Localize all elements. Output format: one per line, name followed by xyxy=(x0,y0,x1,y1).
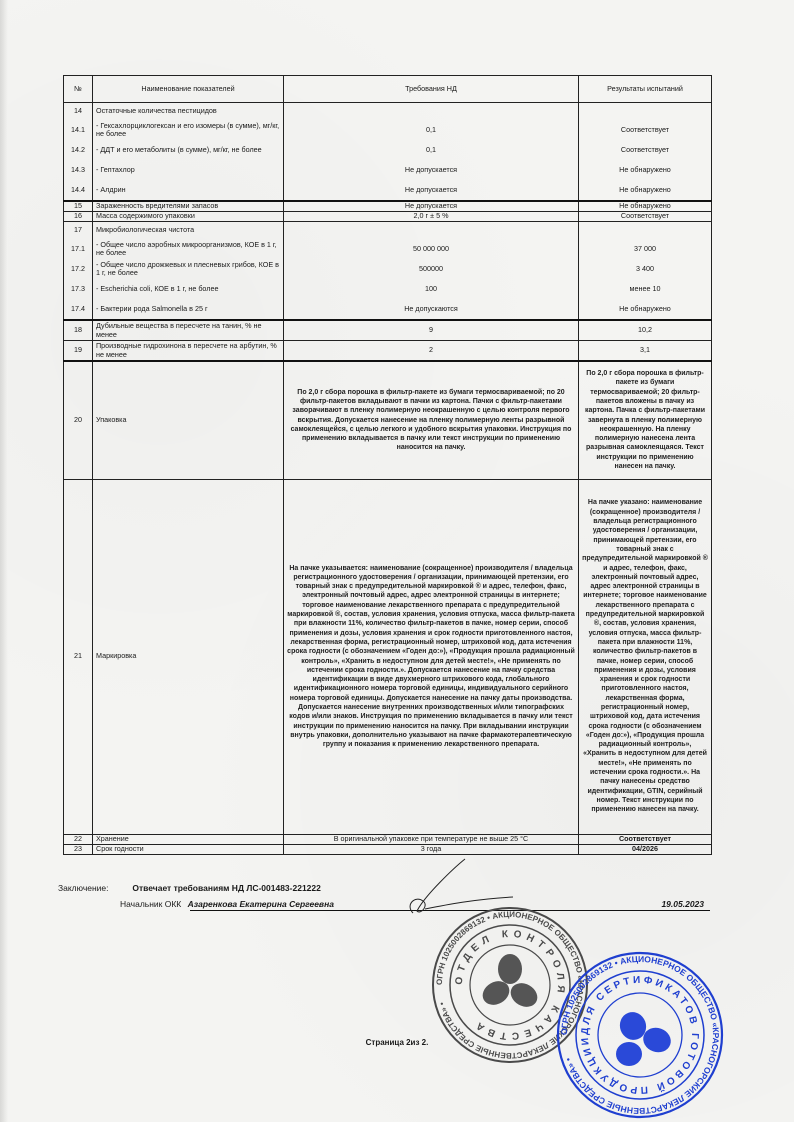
specification-table: № Наименование показателей Требования НД… xyxy=(63,75,712,855)
row-num: 18 xyxy=(64,320,93,341)
table-row: 22 Хранение В оригинальной упаковке при … xyxy=(64,834,712,844)
signoff-date: 19.05.2023 xyxy=(661,899,704,909)
table-row: 17 Микробиологическая чистота xyxy=(64,222,712,240)
row-num: 14 xyxy=(64,103,93,121)
row-result: Не обнаружено xyxy=(579,201,712,212)
row-name: Масса содержимого упаковки xyxy=(93,212,284,222)
row-result: Соответствует xyxy=(579,212,712,222)
row-requirement xyxy=(284,222,579,240)
row-requirement: 100 xyxy=(284,279,579,299)
row-num: 23 xyxy=(64,844,93,854)
row-requirement: По 2,0 г сбора порошка в фильтр-пакете и… xyxy=(284,361,579,479)
page-number: Страница 2из 2. xyxy=(0,1038,794,1047)
row-result: 10,2 xyxy=(579,320,712,341)
row-result: На пачке указано: наименование (сокращен… xyxy=(579,479,712,834)
row-requirement: 3 года xyxy=(284,844,579,854)
row-requirement: 0,1 xyxy=(284,120,579,140)
row-num: 17.3 xyxy=(64,279,93,299)
row-requirement xyxy=(284,103,579,121)
header-result: Результаты испытаний xyxy=(579,76,712,103)
row-requirement: 2 xyxy=(284,341,579,362)
row-name: Остаточные количества пестицидов xyxy=(93,103,284,121)
row-num: 17.4 xyxy=(64,299,93,320)
signer-role: Начальник ОКК xyxy=(120,899,181,909)
row-requirement: Не допускается xyxy=(284,160,579,180)
row-requirement: Не допускается xyxy=(284,180,579,201)
table-row: 17.2 - Общее число дрожжевых и плесневых… xyxy=(64,259,712,279)
row-result: Соответствует xyxy=(579,140,712,160)
row-result: 37 000 xyxy=(579,239,712,259)
header-result-label: Результаты испытаний xyxy=(607,84,683,93)
table-header-row: № Наименование показателей Требования НД… xyxy=(64,76,712,103)
row-num: 17.1 xyxy=(64,239,93,259)
row-num: 21 xyxy=(64,479,93,834)
row-result: Не обнаружено xyxy=(579,180,712,201)
row-num: 22 xyxy=(64,834,93,844)
row-name: Маркировка xyxy=(93,479,284,834)
row-requirement: На пачке указывается: наименование (сокр… xyxy=(284,479,579,834)
header-num: № xyxy=(64,76,93,103)
table-row: 23 Срок годности 3 года 04/2026 xyxy=(64,844,712,854)
table-row: 14.1 - Гексахлорциклогексан и его изомер… xyxy=(64,120,712,140)
row-num: 15 xyxy=(64,201,93,212)
row-num: 14.3 xyxy=(64,160,93,180)
row-result: Соответствует xyxy=(579,834,712,844)
signer-name: Азаренкова Екатерина Сергеевна xyxy=(188,899,334,909)
row-num: 16 xyxy=(64,212,93,222)
table-row: 16 Масса содержимого упаковки 2,0 г ± 5 … xyxy=(64,212,712,222)
row-result xyxy=(579,103,712,121)
row-name: Производные гидрохинона в пересчете на а… xyxy=(93,341,284,362)
row-num: 19 xyxy=(64,341,93,362)
row-name: Хранение xyxy=(93,834,284,844)
row-num: 17 xyxy=(64,222,93,240)
row-name: - Гептахлор xyxy=(93,160,284,180)
row-num: 14.1 xyxy=(64,120,93,140)
row-requirement: 50 000 000 xyxy=(284,239,579,259)
row-requirement: Не допускается xyxy=(284,201,579,212)
row-num: 14.4 xyxy=(64,180,93,201)
row-requirement: 2,0 г ± 5 % xyxy=(284,212,579,222)
table-row: 15 Зараженность вредителями запасов Не д… xyxy=(64,201,712,212)
row-result: Не обнаружено xyxy=(579,160,712,180)
row-result: Соответствует xyxy=(579,120,712,140)
row-result: 3 400 xyxy=(579,259,712,279)
row-name: Упаковка xyxy=(93,361,284,479)
table-row: 14.4 - Алдрин Не допускается Не обнаруже… xyxy=(64,180,712,201)
row-result xyxy=(579,222,712,240)
table-row: 20 Упаковка По 2,0 г сбора порошка в фил… xyxy=(64,361,712,479)
row-result: менее 10 xyxy=(579,279,712,299)
table-row: 17.4 - Бактерии рода Salmonella в 25 г Н… xyxy=(64,299,712,320)
certificate-stamp: ОГРН 1025002869132 • АКЦИОНЕРНОЕ ОБЩЕСТВ… xyxy=(555,950,725,1120)
row-name: Зараженность вредителями запасов xyxy=(93,201,284,212)
row-requirement: 9 xyxy=(284,320,579,341)
table-row: 21 Маркировка На пачке указывается: наим… xyxy=(64,479,712,834)
row-name: - ДДТ и его метаболиты (в сумме), мг/кг,… xyxy=(93,140,284,160)
row-name: - Алдрин xyxy=(93,180,284,201)
leaf-logo-icon xyxy=(478,954,541,1012)
row-requirement: 500000 xyxy=(284,259,579,279)
table-row: 14 Остаточные количества пестицидов xyxy=(64,103,712,121)
row-name: - Бактерии рода Salmonella в 25 г xyxy=(93,299,284,320)
row-num: 14.2 xyxy=(64,140,93,160)
row-name: Дубильные вещества в пересчете на танин,… xyxy=(93,320,284,341)
conclusion-label: Заключение: xyxy=(58,883,130,893)
row-name: - Общее число дрожжевых и плесневых гриб… xyxy=(93,259,284,279)
row-name: Срок годности xyxy=(93,844,284,854)
row-name: Микробиологическая чистота xyxy=(93,222,284,240)
row-name: - Общее число аэробных микроорганизмов, … xyxy=(93,239,284,259)
conclusion-value: Отвечает требованиям НД ЛС-001483-221222 xyxy=(132,883,320,893)
table-row: 18 Дубильные вещества в пересчете на тан… xyxy=(64,320,712,341)
row-name: - Гексахлорциклогексан и его изомеры (в … xyxy=(93,120,284,140)
row-result: Не обнаружено xyxy=(579,299,712,320)
table-row: 19 Производные гидрохинона в пересчете н… xyxy=(64,341,712,362)
row-requirement: Не допускаются xyxy=(284,299,579,320)
conclusion: Заключение: Отвечает требованиям НД ЛС-0… xyxy=(58,883,321,893)
table-row: 14.2 - ДДТ и его метаболиты (в сумме), м… xyxy=(64,140,712,160)
row-num: 20 xyxy=(64,361,93,479)
table-row: 17.1 - Общее число аэробных микроорганиз… xyxy=(64,239,712,259)
row-name: - Escherichia coli, КОЕ в 1 г, не более xyxy=(93,279,284,299)
table-row: 14.3 - Гептахлор Не допускается Не обнар… xyxy=(64,160,712,180)
scan-edge-shadow xyxy=(0,0,8,1122)
header-name: Наименование показателей xyxy=(93,76,284,103)
row-requirement: 0,1 xyxy=(284,140,579,160)
table-row: 17.3 - Escherichia coli, КОЕ в 1 г, не б… xyxy=(64,279,712,299)
row-num: 17.2 xyxy=(64,259,93,279)
row-result: По 2,0 г сбора порошка в фильтр-пакете и… xyxy=(579,361,712,479)
row-result: 04/2026 xyxy=(579,844,712,854)
header-requirement: Требования НД xyxy=(284,76,579,103)
row-requirement: В оригинальной упаковке при температуре … xyxy=(284,834,579,844)
row-result: 3,1 xyxy=(579,341,712,362)
